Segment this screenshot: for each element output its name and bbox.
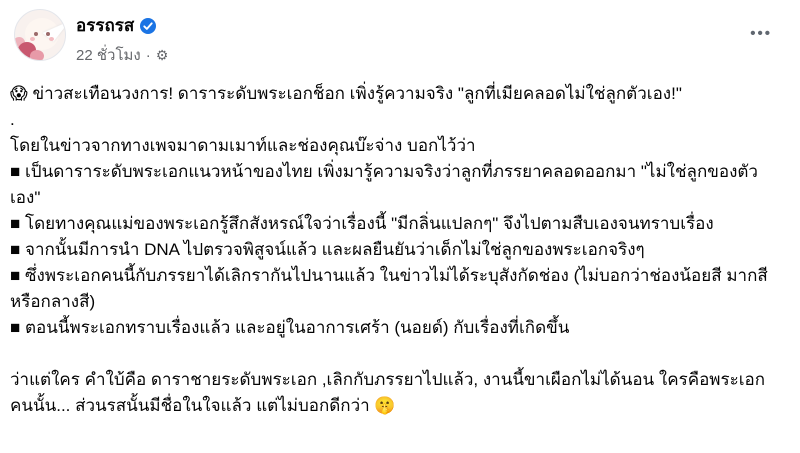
post-paragraph: ■ เป็นดาราระดับพระเอกแนวหน้าของไทย เพิ่ง… (10, 159, 786, 211)
avatar-art (49, 37, 54, 41)
name-row: อรรถรส (76, 12, 168, 39)
more-options-icon[interactable]: ••• (746, 22, 776, 45)
avatar-art (30, 50, 44, 61)
meta-separator: · (146, 47, 151, 64)
post-body: 😱 ข่าวสะเทือนวงการ! ดาราระดับพระเอกช็อก … (0, 67, 800, 419)
post-paragraph: ■ จากนั้นมีการนำ DNA ไปตรวจพิสูจน์แล้ว แ… (10, 237, 786, 263)
gear-icon: ⚙ (156, 47, 169, 64)
post-paragraph: ■ ตอนนี้พระเอกทราบเรื่องแล้ว และอยู่ในอา… (10, 315, 786, 341)
post-paragraph: . (10, 107, 786, 133)
header-info: อรรถรส 22 ชั่วโมง · ⚙ (76, 9, 168, 67)
post-paragraph: ■ ซึ่งพระเอกคนนี้กับภรรยาได้เลิกรากันไปน… (10, 263, 786, 315)
avatar-art (34, 32, 38, 36)
avatar-art (46, 32, 50, 36)
page-name[interactable]: อรรถรส (76, 12, 134, 39)
post-meta: 22 ชั่วโมง · ⚙ (76, 43, 168, 67)
facebook-post-card: อรรถรส 22 ชั่วโมง · ⚙ ••• 😱 ข่าวสะเทือนว… (0, 0, 800, 453)
avatar[interactable] (14, 9, 66, 61)
timestamp[interactable]: 22 ชั่วโมง (76, 43, 141, 67)
post-header: อรรถรส 22 ชั่วโมง · ⚙ (0, 0, 800, 67)
verified-badge-icon (140, 18, 156, 34)
post-paragraph: 😱 ข่าวสะเทือนวงการ! ดาราระดับพระเอกช็อก … (10, 81, 786, 107)
post-paragraph: ■ โดยทางคุณแม่ของพระเอกรู้สึกสังหรณ์ใจว่… (10, 211, 786, 237)
post-paragraph: ว่าแต่ใคร คำใบ้คือ ดาราชายระดับพระเอก ,เ… (10, 367, 786, 419)
post-paragraph: โดยในข่าวจากทางเพจมาดามเมาท์และช่องคุณบ๊… (10, 133, 786, 159)
avatar-art (30, 37, 35, 41)
